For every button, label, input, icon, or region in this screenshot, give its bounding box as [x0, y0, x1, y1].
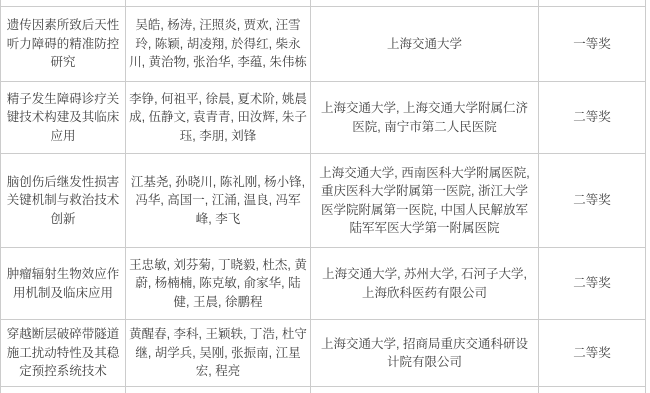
members-cell: 王忠敏, 刘芬菊, 丁晓毅, 杜杰, 黄蔚, 杨楠楠, 陈克敏, 俞家华, 陆健…: [126, 248, 311, 320]
partial-row-bottom-cell: [539, 387, 646, 393]
members-cell: 江基尧, 孙晓川, 陈礼刚, 杨小锋, 冯华, 高国一, 江涌, 温良, 冯军峰…: [126, 154, 311, 248]
award-cell: 二等奖: [539, 154, 646, 248]
partial-row-top-cell: [539, 0, 646, 7]
award-cell: 一等奖: [539, 7, 646, 82]
award-cell: 二等奖: [539, 82, 646, 154]
award-cell: 二等奖: [539, 248, 646, 320]
partial-row-top-cell: [1, 0, 126, 7]
partial-row-bottom-cell: [126, 387, 311, 393]
institutions-cell: 上海交通大学, 上海交通大学附属仁济医院, 南宁市第二人民医院: [311, 82, 539, 154]
members-cell: 黄醒春, 李科, 王颖轶, 丁浩, 杜守继, 胡学兵, 吴刚, 张振南, 江星宏…: [126, 320, 311, 387]
award-cell: 二等奖: [539, 320, 646, 387]
project-title-cell: 精子发生障碍诊疗关键技术构建及其临床应用: [1, 82, 126, 154]
awards-table: 遗传因素所致后天性听力障碍的精准防控研究 吴皓, 杨涛, 汪照炎, 贾欢, 汪雪…: [0, 0, 646, 393]
screen: 遗传因素所致后天性听力障碍的精准防控研究 吴皓, 杨涛, 汪照炎, 贾欢, 汪雪…: [0, 0, 650, 393]
members-cell: 吴皓, 杨涛, 汪照炎, 贾欢, 汪雪玲, 陈颖, 胡凌翔, 於得红, 柴永川,…: [126, 7, 311, 82]
partial-row-top-cell: [311, 0, 539, 7]
partial-row-bottom-cell: [1, 387, 126, 393]
institutions-cell: 上海交通大学, 苏州大学, 石河子大学, 上海欣科医药有限公司: [311, 248, 539, 320]
project-title-cell: 肿瘤辐射生物效应作用机制及临床应用: [1, 248, 126, 320]
project-title-cell: 穿越断层破碎带隧道施工扰动特性及其稳定预控系统技术: [1, 320, 126, 387]
project-title-cell: 脑创伤后继发性损害关键机制与救治技术创新: [1, 154, 126, 248]
project-title-cell: 遗传因素所致后天性听力障碍的精准防控研究: [1, 7, 126, 82]
members-cell: 李铮, 何祖平, 徐晨, 夏术阶, 姚晨成, 伍静文, 袁青青, 田汝辉, 朱子…: [126, 82, 311, 154]
partial-row-top-cell: [126, 0, 311, 7]
institutions-cell: 上海交通大学, 招商局重庆交通科研设计院有限公司: [311, 320, 539, 387]
institutions-cell: 上海交通大学: [311, 7, 539, 82]
partial-row-bottom-cell: [311, 387, 539, 393]
institutions-cell: 上海交通大学, 西南医科大学附属医院, 重庆医科大学附属第一医院, 浙江大学医学…: [311, 154, 539, 248]
